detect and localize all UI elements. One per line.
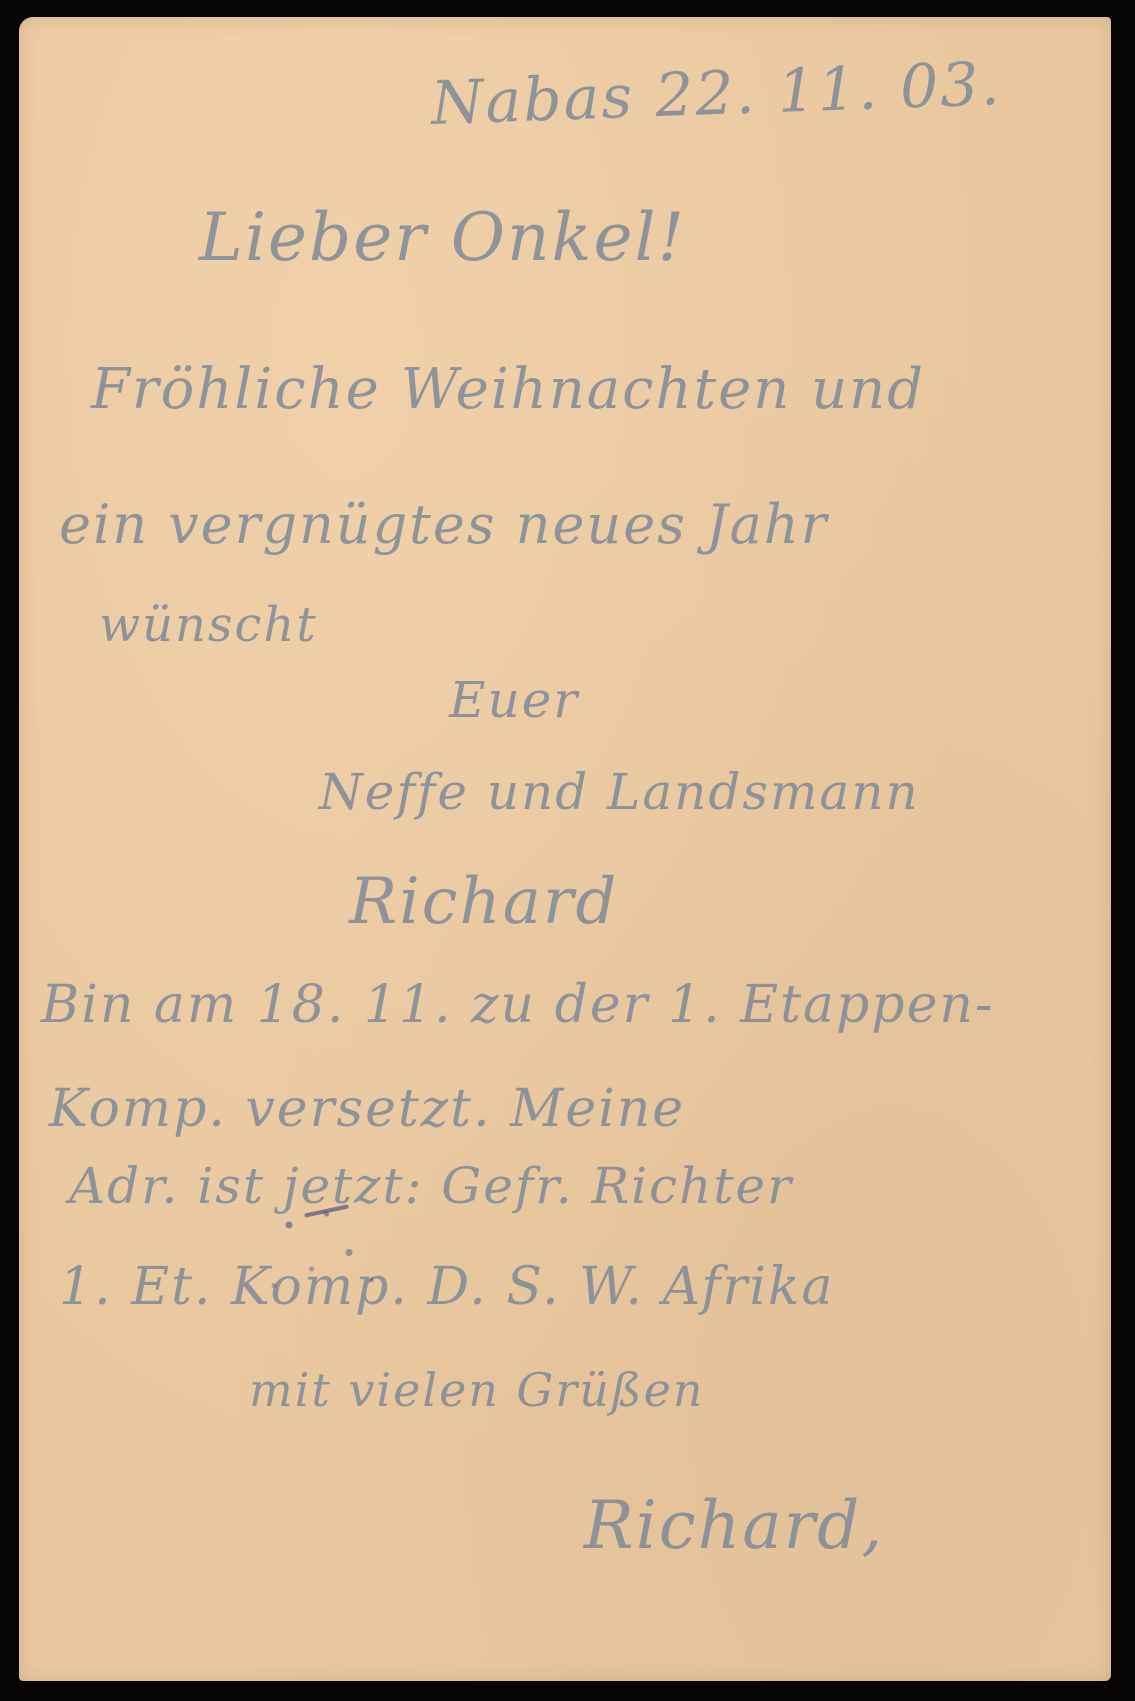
signature: Richard,: [584, 1487, 884, 1564]
salutation: Lieber Onkel!: [199, 199, 686, 276]
body-line-4: Euer: [449, 671, 579, 729]
postscript-line-3: Adr. ist jetzt: Gefr. Richter: [69, 1157, 793, 1215]
place-date: Nabas 22. 11. 03.: [430, 49, 1003, 139]
postscript-line-4: 1. Et. Komp. D. S. W. Afrika: [59, 1257, 835, 1317]
body-line-6: Richard: [349, 865, 618, 939]
body-line-1: Fröhliche Weihnachten und: [91, 357, 925, 422]
body-line-3: wünscht: [99, 597, 318, 653]
postscript-line-1: Bin am 18. 11. zu der 1. Etappen-: [41, 975, 994, 1035]
postscript-line-2: Komp. versetzt. Meine: [49, 1079, 685, 1139]
postscript-line-5: mit vielen Grüßen: [249, 1363, 704, 1417]
postcard: Nabas 22. 11. 03. Lieber Onkel! Fröhlich…: [19, 17, 1111, 1681]
body-line-5: Neffe und Landsmann: [319, 763, 920, 821]
body-line-2: ein vergnügtes neues Jahr: [59, 493, 828, 556]
